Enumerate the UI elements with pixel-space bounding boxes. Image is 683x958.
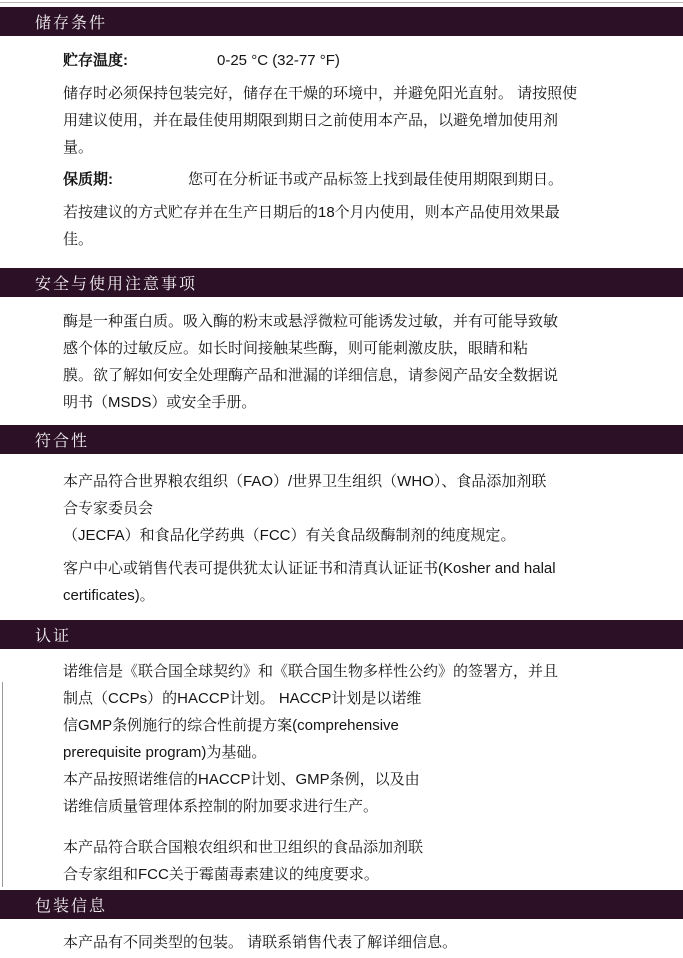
left-border-line [2, 682, 3, 887]
shelf-life-value: 您可在分析证书或产品标签上找到最佳使用期限到期日。 [188, 170, 563, 190]
certification-fcc-paragraph: 本产品符合联合国粮农组织和世卫组织的食品添加剂联 合专家组和FCC关于霉菌毒素建… [63, 834, 643, 888]
text-line: 本产品符合联合国粮农组织和世卫组织的食品添加剂联 [63, 834, 643, 861]
text-line: 信GMP条例施行的综合性前提方案(comprehensive [63, 712, 643, 739]
storage-best-use-paragraph: 若按建议的方式贮存并在生产日期后的18个月内使用，则本产品使用效果最 佳。 [63, 199, 643, 253]
section-title-packaging: 包装信息 [35, 893, 107, 916]
document-page: 储存条件 贮存温度: 0-25 °C (32-77 °F) 储存时必须保持包装完… [0, 0, 683, 958]
compliance-kosher-paragraph: 客户中心或销售代表可提供犹太认证证书和清真认证证书(Kosher and hal… [63, 555, 643, 609]
section-content-certification: 诺维信是《联合国全球契约》和《联合国生物多样性公约》的签署方，并且 制点（CCP… [0, 658, 683, 888]
text-line: 若按建议的方式贮存并在生产日期后的18个月内使用，则本产品使用效果最 [63, 199, 643, 226]
shelf-life-row: 保质期: 您可在分析证书或产品标签上找到最佳使用期限到期日。 [63, 170, 643, 190]
section-content-storage: 贮存温度: 0-25 °C (32-77 °F) 储存时必须保持包装完好，储存在… [0, 51, 683, 253]
section-content-packaging: 本产品有不同类型的包装。 请联系销售代表了解详细信息。 [0, 929, 683, 956]
text-line: 储存时必须保持包装完好，储存在干燥的环境中，并避免阳光直射。 请按照使 [63, 80, 643, 107]
packaging-paragraph: 本产品有不同类型的包装。 请联系销售代表了解详细信息。 [63, 929, 643, 956]
storage-temperature-row: 贮存温度: 0-25 °C (32-77 °F) [63, 51, 643, 71]
text-line: 用建议使用，并在最佳使用期限到期日之前使用本产品，以避免增加使用剂 [63, 107, 643, 134]
text-line: prerequisite program)为基础。 [63, 739, 643, 766]
text-line: 感个体的过敏反应。如长时间接触某些酶，则可能刺激皮肤，眼睛和粘 [63, 335, 643, 362]
text-line: 合专家委员会 [63, 495, 643, 522]
text-line: 诺维信质量管理体系控制的附加要求进行生产。 [63, 793, 643, 820]
text-line: certificates)。 [63, 582, 643, 609]
compliance-purity-paragraph: 本产品符合世界粮农组织（FAO）/世界卫生组织（WHO）、食品添加剂联 合专家委… [63, 468, 643, 549]
shelf-life-label: 保质期: [63, 170, 188, 190]
section-header-certification: 认证 [0, 620, 683, 649]
storage-temperature-label: 贮存温度: [63, 51, 217, 71]
section-title-safety: 安全与使用注意事项 [35, 271, 197, 294]
text-line: 佳。 [63, 226, 643, 253]
section-header-storage: 储存条件 [0, 7, 683, 36]
certification-haccp-paragraph: 诺维信是《联合国全球契约》和《联合国生物多样性公约》的签署方，并且 制点（CCP… [63, 658, 643, 820]
section-content-safety: 酶是一种蛋白质。吸入酶的粉末或悬浮微粒可能诱发过敏，并有可能导致敏 感个体的过敏… [0, 308, 683, 416]
storage-usage-paragraph: 储存时必须保持包装完好，储存在干燥的环境中，并避免阳光直射。 请按照使 用建议使… [63, 80, 643, 161]
section-title-compliance: 符合性 [35, 428, 89, 451]
text-line: （JECFA）和食品化学药典（FCC）有关食品级酶制剂的纯度规定。 [63, 522, 643, 549]
storage-temperature-value: 0-25 °C (32-77 °F) [217, 51, 340, 71]
text-line: 本产品有不同类型的包装。 请联系销售代表了解详细信息。 [63, 929, 643, 956]
section-title-certification: 认证 [35, 623, 71, 646]
section-content-compliance: 本产品符合世界粮农组织（FAO）/世界卫生组织（WHO）、食品添加剂联 合专家委… [0, 468, 683, 609]
top-divider [0, 2, 683, 3]
text-line: 制点（CCPs）的HACCP计划。 HACCP计划是以诺维 [63, 685, 643, 712]
text-line: 明书（MSDS）或安全手册。 [63, 389, 643, 416]
section-header-packaging: 包装信息 [0, 890, 683, 919]
section-header-compliance: 符合性 [0, 425, 683, 454]
text-line: 量。 [63, 134, 643, 161]
text-line: 诺维信是《联合国全球契约》和《联合国生物多样性公约》的签署方，并且 [63, 658, 643, 685]
section-header-safety: 安全与使用注意事项 [0, 268, 683, 297]
text-line: 本产品按照诺维信的HACCP计划、GMP条例，以及由 [63, 766, 643, 793]
section-title-storage: 储存条件 [35, 10, 107, 33]
text-line: 本产品符合世界粮农组织（FAO）/世界卫生组织（WHO）、食品添加剂联 [63, 468, 643, 495]
text-line: 客户中心或销售代表可提供犹太认证证书和清真认证证书(Kosher and hal… [63, 555, 643, 582]
safety-paragraph: 酶是一种蛋白质。吸入酶的粉末或悬浮微粒可能诱发过敏，并有可能导致敏 感个体的过敏… [63, 308, 643, 416]
text-line: 酶是一种蛋白质。吸入酶的粉末或悬浮微粒可能诱发过敏，并有可能导致敏 [63, 308, 643, 335]
text-line: 膜。欲了解如何安全处理酶产品和泄漏的详细信息，请参阅产品安全数据说 [63, 362, 643, 389]
text-line: 合专家组和FCC关于霉菌毒素建议的纯度要求。 [63, 861, 643, 888]
